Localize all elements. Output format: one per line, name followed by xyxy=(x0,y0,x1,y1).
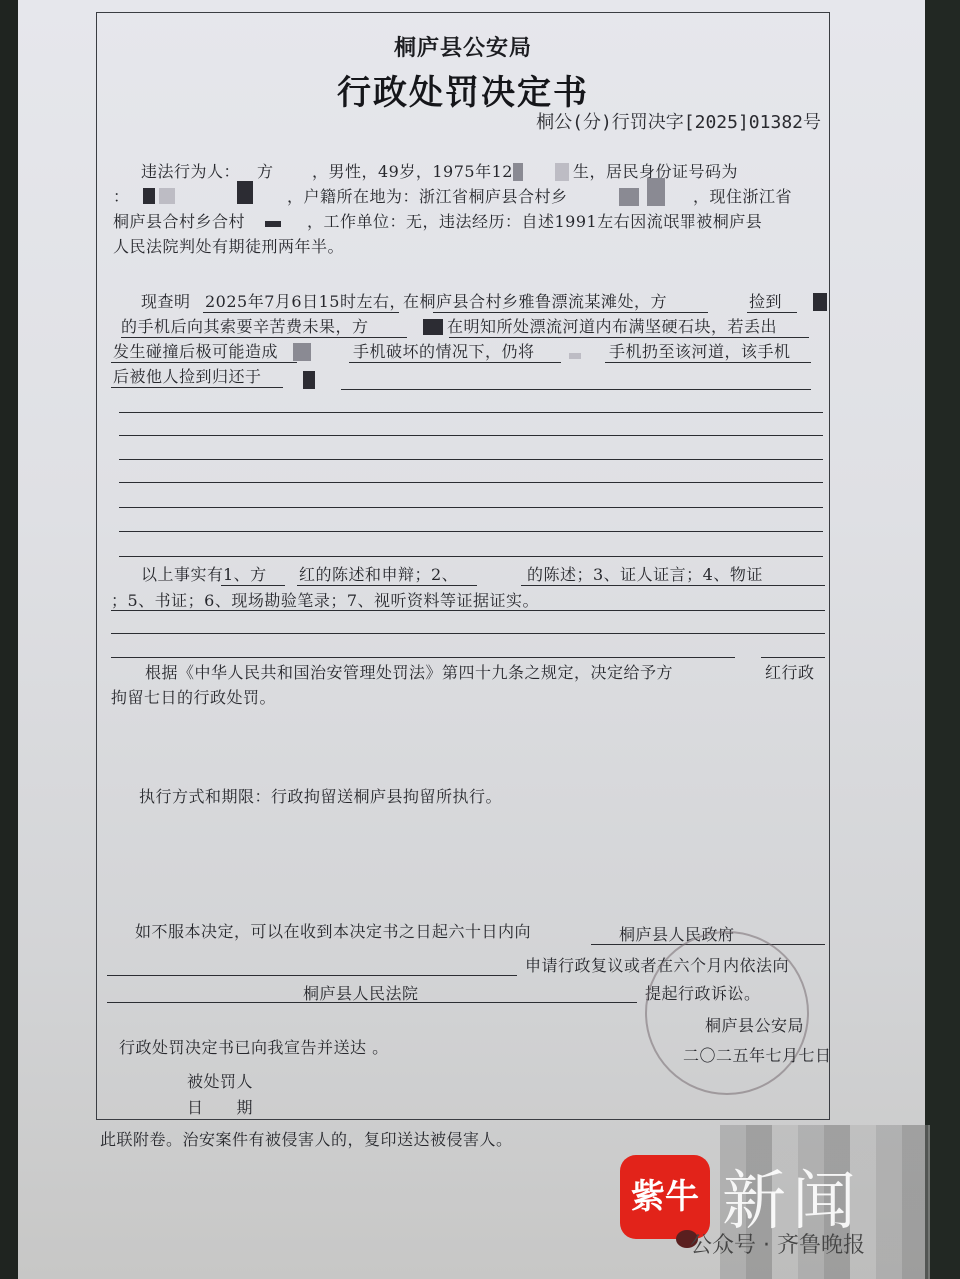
redaction-block xyxy=(619,188,639,206)
decision-text: 根据《中华人民共和国治安管理处罚法》第四十九条之规定，决定给予方 xyxy=(145,660,673,683)
evidence-item: 红的陈述和申辩；2、 xyxy=(299,562,458,585)
issuing-organization: 桐庐县公安局 xyxy=(97,31,829,62)
appeal-text: 如不服本决定，可以在收到本决定书之日起六十日内向 xyxy=(135,919,531,942)
issue-date: 二〇二五年七月七日 xyxy=(683,1043,832,1066)
underline xyxy=(605,362,811,363)
offender-line2-prefix: ： xyxy=(113,184,130,207)
decision-text: 红行政 xyxy=(765,660,815,683)
blank-line xyxy=(119,482,823,483)
execution-method: 执行方式和期限：行政拘留送桐庐县拘留所执行。 xyxy=(139,784,502,807)
facts-text: 手机破坏的情况下，仍将 xyxy=(353,339,535,362)
redaction-block xyxy=(555,163,569,181)
background-dark xyxy=(925,0,960,1279)
signee-label: 被处罚人 xyxy=(187,1069,253,1092)
redaction-block xyxy=(423,319,443,335)
redaction-block xyxy=(143,188,155,204)
underline xyxy=(341,389,811,390)
redaction-block xyxy=(647,178,665,206)
redaction-block xyxy=(813,293,827,311)
work-and-history: ，工作单位：无，违法经历：自述1991左右因流氓罪被桐庐县 xyxy=(307,209,762,232)
underline xyxy=(111,610,825,611)
blank-line xyxy=(111,633,825,634)
underline xyxy=(107,975,517,976)
underline xyxy=(747,312,797,313)
facts-text: 的手机后向其索要辛苦费未果，方 xyxy=(121,314,369,337)
evidence-item: 的陈述；3、证人证言；4、物证 xyxy=(527,562,763,585)
underline xyxy=(433,312,708,313)
evidence-intro: 以上事实有 xyxy=(141,562,224,585)
underline xyxy=(203,312,399,313)
evidence-item: 1、方 xyxy=(223,562,267,585)
underline xyxy=(297,585,477,586)
incident-time: 2025年7月6日15时左右， xyxy=(205,289,406,312)
redaction-block xyxy=(303,371,315,389)
offender-label: 违法行为人： xyxy=(141,159,240,182)
underline xyxy=(121,337,407,338)
redaction-block xyxy=(237,181,253,204)
facts-text: 后被他人捡到归还于 xyxy=(113,364,262,387)
penalty-text: 拘留七日的行政处罚。 xyxy=(111,685,276,708)
underline xyxy=(521,585,825,586)
receipt-date-label: 日 期 xyxy=(187,1095,253,1118)
ziniu-logo-icon: 紫牛 xyxy=(620,1155,710,1239)
underline xyxy=(349,362,561,363)
current-address: 桐庐县合村乡合村 xyxy=(113,209,245,232)
blank-line xyxy=(119,507,823,508)
facts-text: 在明知所处漂流河道内布满坚硬石块，若丢出 xyxy=(447,314,777,337)
underline xyxy=(449,337,809,338)
facts-intro: 现查明 xyxy=(141,289,191,312)
blank-line xyxy=(119,531,823,532)
underline xyxy=(107,1002,637,1003)
household-address: ，户籍所在地为：浙江省桐庐县合村乡 xyxy=(287,184,568,207)
redaction-block xyxy=(293,343,311,361)
underline xyxy=(111,387,283,388)
offender-name: 方 xyxy=(257,159,274,182)
blank-line xyxy=(119,556,823,557)
litigation-court: 桐庐县人民法院 xyxy=(303,981,419,1004)
criminal-record: 人民法院判处有期徒刑两年半。 xyxy=(113,234,344,257)
redaction-block xyxy=(513,163,523,181)
facts-text: 手机扔至该河道，该手机 xyxy=(609,339,791,362)
document-number: 桐公(分)行罚决字[2025]01382号 xyxy=(536,108,821,134)
underline xyxy=(221,585,285,586)
redaction-block xyxy=(159,188,175,204)
footer-note: 此联附卷。治安案件有被侵害人的，复印送达被侵害人。 xyxy=(100,1127,513,1150)
blank-line xyxy=(119,459,823,460)
facts-text: 捡到 xyxy=(749,289,782,312)
blank-line xyxy=(119,412,823,413)
current-address-label: ，现住浙江省 xyxy=(693,184,792,207)
redaction-block xyxy=(569,353,581,359)
incident-location: 在桐庐县合村乡雅鲁漂流某滩处，方 xyxy=(403,289,667,312)
evidence-item: ；5、书证；6、现场勘验笔录；7、视听资料等证据证实。 xyxy=(111,588,539,611)
blank-line xyxy=(111,657,735,658)
receipt-statement: 行政处罚决定书已向我宣告并送达 。 xyxy=(119,1035,389,1058)
blank-line xyxy=(119,435,823,436)
offender-info: ，男性，49岁，1975年12 xyxy=(312,159,513,182)
penalty-decision-form: 桐庐县公安局 行政处罚决定书 桐公(分)行罚决字[2025]01382号 违法行… xyxy=(96,12,830,1120)
document-title: 行政处罚决定书 xyxy=(97,65,829,114)
redaction-block xyxy=(265,221,281,227)
watermark-source: 公众号 · 齐鲁晚报 xyxy=(690,1228,865,1259)
blank-line xyxy=(761,657,825,658)
issuer-name: 桐庐县公安局 xyxy=(705,1013,804,1036)
underline xyxy=(111,362,297,363)
facts-text: 发生碰撞后极可能造成 xyxy=(113,339,278,362)
